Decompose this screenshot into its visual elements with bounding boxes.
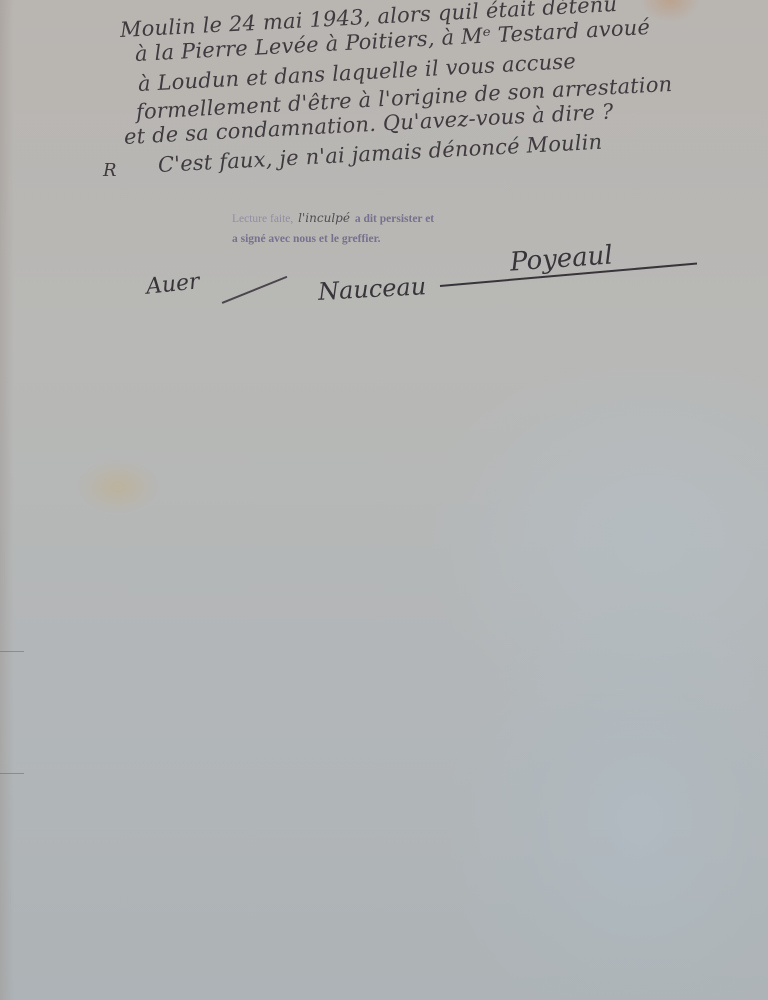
signature-2: Nauceau [317, 272, 427, 306]
stamp-handwritten-insert: l'inculpé [298, 211, 350, 225]
stamp-suffix: a dit persister et [355, 213, 434, 225]
left-edge-crease [0, 651, 24, 652]
stamp-prefix: Lecture faite, [232, 213, 293, 225]
left-edge-crease [0, 773, 24, 774]
official-stamp: Lecture faite, l'inculpé a dit persister… [232, 208, 434, 249]
signature-1-flourish [222, 276, 287, 304]
page-edge-shadow [0, 0, 14, 1000]
signature-1: Auer [145, 269, 201, 299]
stamp-line-1: Lecture faite, l'inculpé a dit persister… [232, 208, 434, 229]
stamp-line-2: a signé avec nous et le greffier. [232, 229, 434, 249]
margin-mark: R [103, 160, 117, 181]
document-page: Moulin le 24 mai 1943, alors quil était … [0, 0, 768, 1000]
